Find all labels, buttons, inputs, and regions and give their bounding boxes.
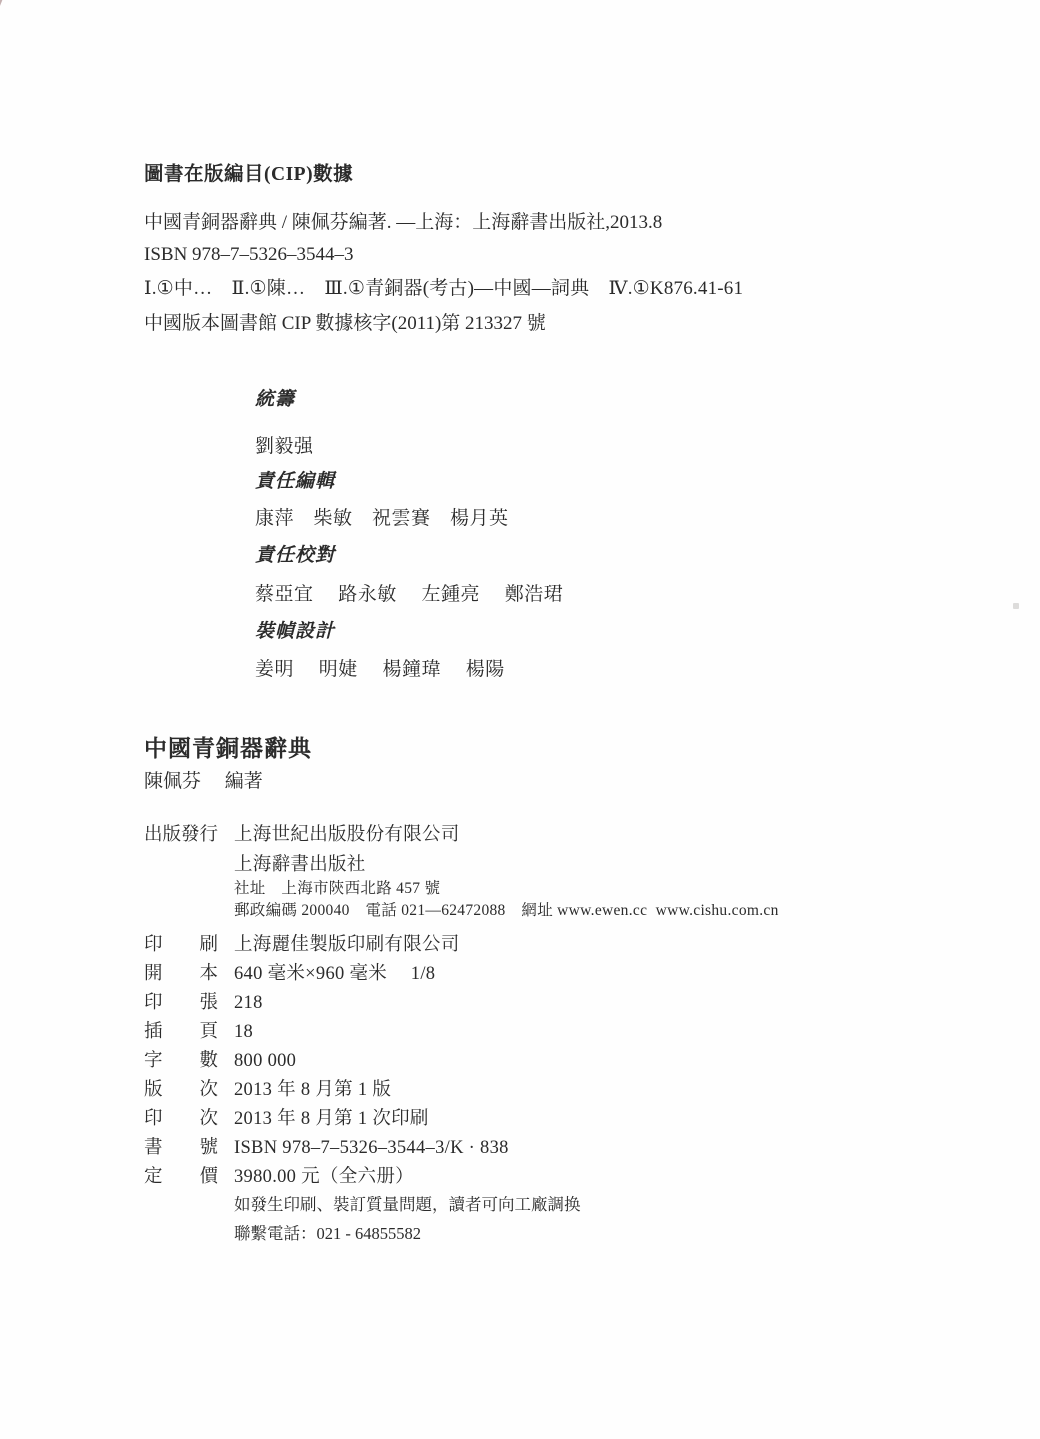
contact-phone: 聯繫電話：021 - 64855582 [234,1222,734,1246]
cip-record-number-line: 中國版本圖書館 CIP 數據核字(2011)第 213327 號 [144,312,944,336]
colophon-label: 印次 [144,1107,218,1131]
credit-role-coordinator: 統籌 [255,388,755,412]
colophon-value: 218 [234,991,924,1015]
cip-classification-line: Ⅰ.①中… Ⅱ.①陳… Ⅲ.①青銅器(考古)—中國—詞典 Ⅳ.①K876.41-… [144,277,944,301]
colophon-row-inserts: 插頁 18 [144,1020,924,1044]
colophon-row-isbn: 書號 ISBN 978–7–5326–3544–3/K · 838 [144,1136,924,1160]
colophon-row-wordcount: 字數 800 000 [144,1049,924,1073]
credit-names-designers: 姜明 明婕 楊鐘瑋 楊陽 [255,658,755,682]
cip-header: 圖書在版編目(CIP)數據 [144,163,944,187]
colophon-label: 插頁 [144,1020,218,1044]
colophon-row-address: 社址 上海市陝西北路 457 號 [144,879,924,899]
cip-section: 圖書在版編目(CIP)數據 中國青銅器辭典 / 陳佩芬編著. —上海：上海辭書出… [144,163,944,336]
colophon-label: 開本 [144,962,218,986]
cip-isbn-line: ISBN 978–7–5326–3544–3 [144,243,944,267]
colophon-row-format: 開本 640 毫米×960 毫米 1/8 [144,962,924,986]
colophon-label: 版次 [144,1078,218,1102]
colophon-label: 印張 [144,991,218,1015]
colophon-row-publisher: 出版發行 上海世紀出版股份有限公司 [144,823,924,847]
colophon-value: 2013 年 8 月第 1 次印刷 [234,1107,924,1131]
credits-section: 統籌 劉毅强 責任編輯 康萍 柴敏 祝雲賽 楊月英 責任校對 蔡亞宜 路永敏 左… [255,388,755,682]
quality-note-text: 如發生印刷、裝訂質量問題，讀者可向工廠調换 [234,1193,734,1217]
colophon-value: 上海麗佳製版印刷有限公司 [234,933,924,957]
corner-scratch-mark [0,0,3,15]
book-title: 中國青銅器辭典 [144,734,744,764]
credit-names-coordinator: 劉毅强 [255,435,755,459]
colophon-value: 800 000 [234,1049,924,1073]
colophon-label: 出版發行 [144,823,218,847]
colophon-table: 出版發行 上海世紀出版股份有限公司 上海辭書出版社 社址 上海市陝西北路 457… [144,823,924,1189]
colophon-row-postcode-phone-web: 郵政編碼 200040 電話 021—62472088 網址 www.ewen.… [144,901,924,921]
colophon-row-sheets: 印張 218 [144,991,924,1015]
credit-role-editors: 責任編輯 [255,470,755,494]
colophon-row-price: 定價 3980.00 元（全六册） [144,1165,924,1189]
colophon-value: 2013 年 8 月第 1 版 [234,1078,924,1102]
quality-note: 如發生印刷、裝訂質量問題，讀者可向工廠調换 聯繫電話：021 - 6485558… [234,1193,734,1246]
colophon-value: 640 毫米×960 毫米 1/8 [234,962,924,986]
colophon-value: 3980.00 元（全六册） [234,1165,924,1189]
credit-names-editors: 康萍 柴敏 祝雲賽 楊月英 [255,507,755,531]
colophon-label: 書號 [144,1136,218,1160]
title-block: 中國青銅器辭典 陳佩芬 編著 [144,734,744,794]
colophon-value: ISBN 978–7–5326–3544–3/K · 838 [234,1136,924,1160]
colophon-row-printer: 印刷 上海麗佳製版印刷有限公司 [144,933,924,957]
colophon-row-edition: 版次 2013 年 8 月第 1 版 [144,1078,924,1102]
colophon-label: 定價 [144,1165,218,1189]
paper-speck [1013,603,1019,609]
colophon-row-printing: 印次 2013 年 8 月第 1 次印刷 [144,1107,924,1131]
book-author: 陳佩芬 編著 [144,770,744,794]
colophon-label [144,901,218,921]
credit-role-proofreaders: 責任校對 [255,544,755,568]
copyright-page: 圖書在版編目(CIP)數據 中國青銅器辭典 / 陳佩芬編著. —上海：上海辭書出… [0,0,1040,1439]
colophon-label: 字數 [144,1049,218,1073]
colophon-value: 18 [234,1020,924,1044]
colophon-row-press: 上海辭書出版社 [144,853,924,877]
colophon-value: 上海世紀出版股份有限公司 [234,823,924,847]
colophon-value: 上海辭書出版社 [234,853,924,877]
colophon-label: 印刷 [144,933,218,957]
colophon-label [144,853,218,877]
cip-bibliographic-line: 中國青銅器辭典 / 陳佩芬編著. —上海：上海辭書出版社,2013.8 [144,211,944,235]
credit-role-designers: 裝幀設計 [255,620,755,644]
colophon-value: 社址 上海市陝西北路 457 號 [234,879,924,899]
credit-names-proofreaders: 蔡亞宜 路永敏 左鍾亮 鄭浩珺 [255,583,755,607]
colophon-label [144,879,218,899]
colophon-value: 郵政編碼 200040 電話 021—62472088 網址 www.ewen.… [234,901,924,921]
